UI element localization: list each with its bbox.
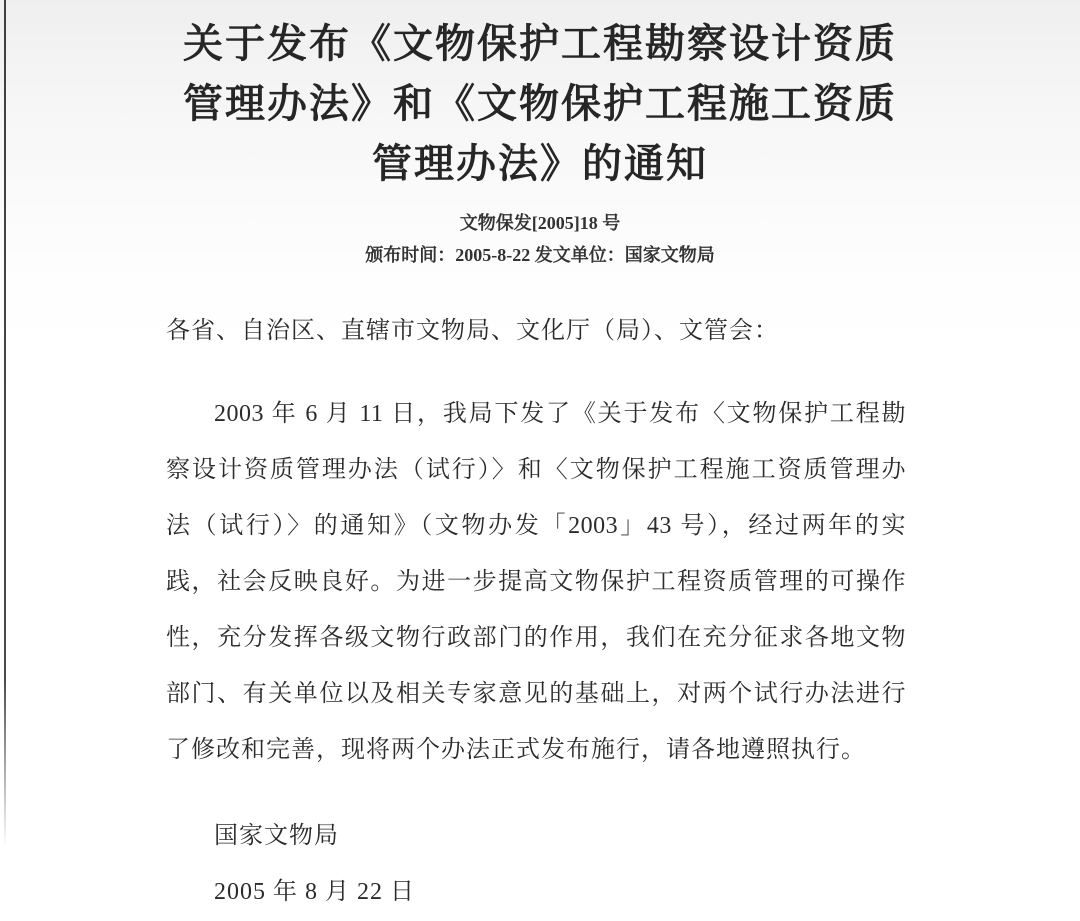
paragraph-line: 2003 年 6 月 11 日，我局下发了《关于发布〈文物保护工程勘 bbox=[166, 386, 906, 442]
main-paragraph: 2003 年 6 月 11 日，我局下发了《关于发布〈文物保护工程勘 察设计资质… bbox=[166, 386, 906, 778]
document-header: 关于发布《文物保护工程勘察设计资质 管理办法》和《文物保护工程施工资质 管理办法… bbox=[0, 0, 1080, 268]
issuing-authority: 国家文物局 bbox=[214, 808, 906, 864]
signature-block: 国家文物局 2005 年 8 月 22 日 bbox=[166, 808, 906, 920]
paragraph-line: 部门、有关单位以及相关专家意见的基础上，对两个试行办法进行 bbox=[166, 666, 906, 722]
document-page: 关于发布《文物保护工程勘察设计资质 管理办法》和《文物保护工程施工资质 管理办法… bbox=[0, 0, 1080, 921]
paragraph-line: 性，充分发挥各级文物行政部门的作用，我们在充分征求各地文物 bbox=[166, 610, 906, 666]
issue-date: 2005 年 8 月 22 日 bbox=[214, 864, 906, 920]
page-title-line-1: 关于发布《文物保护工程勘察设计资质 bbox=[0, 14, 1080, 74]
salutation: 各省、自治区、直辖市文物局、文化厅（局）、文管会： bbox=[166, 314, 906, 348]
page-title-line-3: 管理办法》的通知 bbox=[0, 134, 1080, 194]
paragraph-line: 法（试行）〉的通知》（文物办发「2003」43 号），经过两年的实 bbox=[166, 498, 906, 554]
page-title-line-2: 管理办法》和《文物保护工程施工资质 bbox=[0, 74, 1080, 134]
paragraph-line: 践，社会反映良好。为进一步提高文物保护工程资质管理的可操作 bbox=[166, 554, 906, 610]
document-meta-line: 颁布时间：2005-8-22 发文单位：国家文物局 bbox=[0, 242, 1080, 268]
paragraph-line: 察设计资质管理办法（试行）〉和〈文物保护工程施工资质管理办 bbox=[166, 442, 906, 498]
paragraph-line: 了修改和完善，现将两个办法正式发布施行，请各地遵照执行。 bbox=[166, 722, 906, 778]
scan-edge-artifact bbox=[4, 0, 6, 848]
document-number: 文物保发[2005]18 号 bbox=[0, 210, 1080, 236]
document-body: 各省、自治区、直辖市文物局、文化厅（局）、文管会： 2003 年 6 月 11 … bbox=[166, 314, 906, 920]
